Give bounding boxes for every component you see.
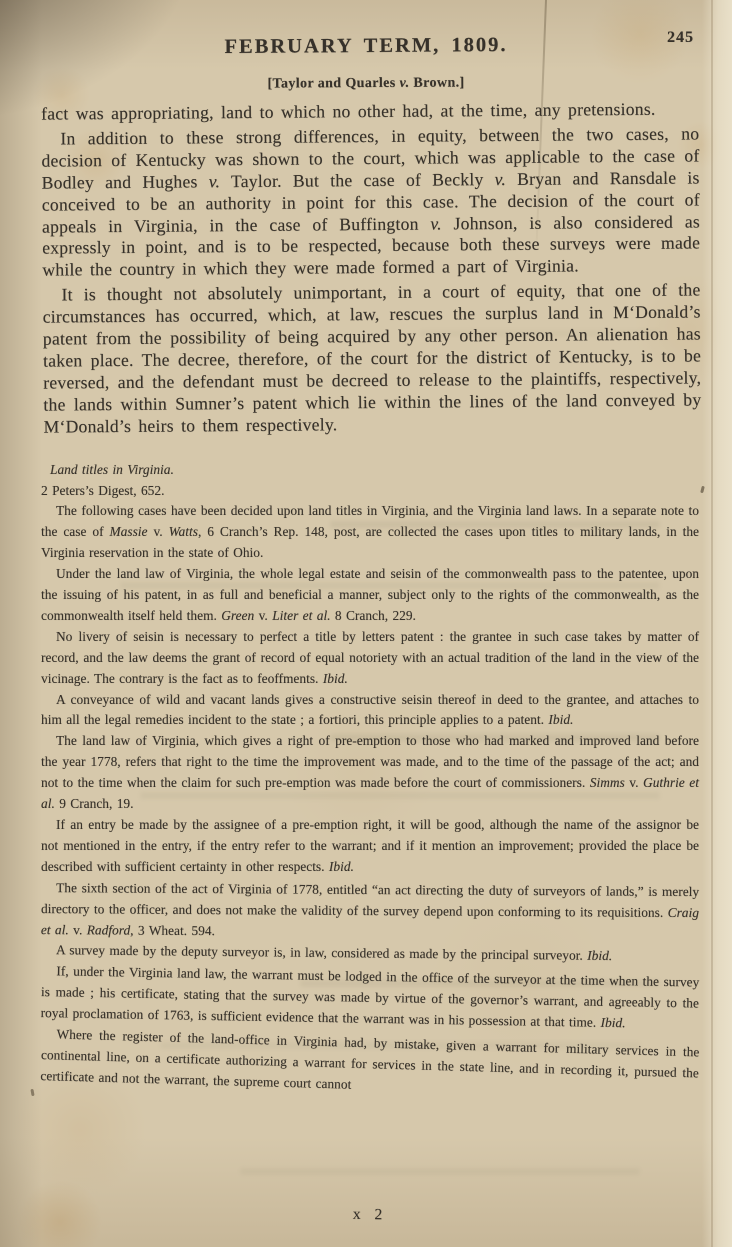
note-paragraph: The sixth section of the act of Virginia… xyxy=(41,878,699,945)
ink-speck xyxy=(700,486,705,494)
page-edge-line xyxy=(711,0,713,1247)
note-paragraph: No livery of seisin is necessary to perf… xyxy=(41,627,699,690)
note-paragraph: The land law of Virginia, which gives a … xyxy=(41,731,699,815)
page-number: 245 xyxy=(667,29,694,47)
body-paragraph: fact was appropriating, land to which no… xyxy=(41,98,699,125)
note-paragraph: A conveyance of wild and vacant lands gi… xyxy=(41,690,699,732)
book-page: FEBRUARY TERM, 1809. 245 [Taylor and Qua… xyxy=(0,0,732,1247)
showthrough-ghost xyxy=(240,1168,640,1175)
note-paragraph: If, under the Virginia land law, the war… xyxy=(40,961,699,1035)
opinion-body: fact was appropriating, land to which no… xyxy=(41,98,702,438)
notes-citation: 2 Peters’s Digest, 652. xyxy=(41,481,699,502)
note-paragraph: Under the land law of Virginia, the whol… xyxy=(41,564,699,627)
note-paragraph: Where the register of the land-office in… xyxy=(40,1024,699,1105)
notes-heading: Land titles in Virginia. xyxy=(41,460,699,481)
case-caption: [Taylor and Quarles v. Brown.] xyxy=(0,74,732,94)
law-notes-section: Land titles in Virginia. 2 Peters’s Dige… xyxy=(41,460,699,1087)
term-header: FEBRUARY TERM, 1809. xyxy=(0,32,732,60)
page-content: fact was appropriating, land to which no… xyxy=(41,101,699,1087)
body-paragraph: It is thought not absolutely unimportant… xyxy=(42,280,701,439)
body-paragraph: In addition to these strong differences,… xyxy=(41,123,700,282)
signature-mark: x 2 xyxy=(41,1200,699,1229)
note-paragraph: If an entry be made by the assignee of a… xyxy=(41,815,699,878)
margin-ink-speck xyxy=(30,1089,34,1096)
note-paragraph: The following cases have been decided up… xyxy=(41,501,699,564)
